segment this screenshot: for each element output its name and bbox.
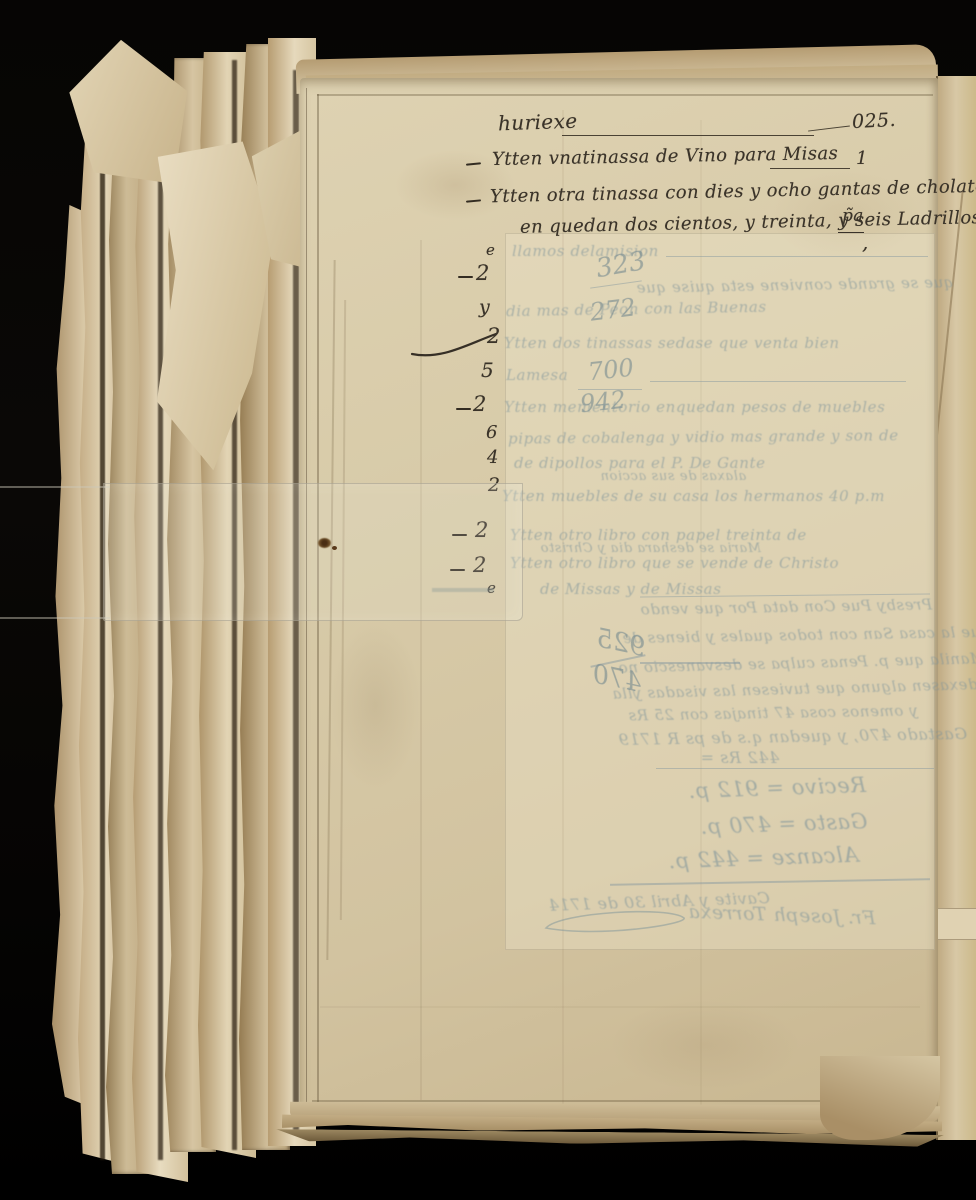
ghost-number: 272 xyxy=(588,293,637,326)
stain xyxy=(610,1000,800,1090)
ghost-line: Ytten dos tinassas sedase que venta bien xyxy=(504,334,840,352)
brown-spot xyxy=(332,546,337,550)
ghost-rule xyxy=(656,768,934,769)
ghost-rule xyxy=(640,662,740,664)
entry-abbrev: p̃a xyxy=(842,206,864,226)
margin-mark: 2 xyxy=(487,324,501,348)
entry-tail-mark: , xyxy=(862,230,869,254)
ghost-line: Ytten muebles de su casa los hermanos 40… xyxy=(502,487,885,505)
next-leaf-band xyxy=(938,908,976,940)
ghost-line: Ytten otro libro que se vende de Christo xyxy=(510,554,839,572)
margin-mark: 2 xyxy=(473,392,487,416)
ghost-line-mirrored: Maria se deshara dia y Christo xyxy=(540,541,761,556)
film-hairline xyxy=(0,486,110,488)
film-overlay xyxy=(103,483,523,621)
folio-number: 025. xyxy=(851,109,896,133)
signature-flourish xyxy=(540,900,690,940)
header-word: huriexe xyxy=(498,109,578,136)
margin-mark: 6 xyxy=(486,422,498,443)
film-hairline xyxy=(0,617,110,619)
abbrev-rule xyxy=(838,232,864,233)
manuscript-photo: huriexe 025. Ytten vnatinassa de Vino pa… xyxy=(0,0,976,1200)
entry-value: 1 xyxy=(856,148,868,169)
stain xyxy=(330,620,420,790)
header-rule xyxy=(562,135,814,136)
page-crease xyxy=(420,240,422,1100)
stack-crevice xyxy=(158,90,163,1160)
ghost-rule xyxy=(666,256,928,257)
stack-crevice xyxy=(100,120,105,1160)
ghost-line: Ytten mementorio enquedan pesos de muebl… xyxy=(504,398,885,416)
entry-rule xyxy=(770,168,850,169)
ghost-number: 700 xyxy=(587,354,635,387)
margin-mark: 2 xyxy=(476,261,490,285)
page-crease xyxy=(320,1006,920,1008)
margin-mark: 5 xyxy=(481,358,494,382)
margin-mark: e xyxy=(486,241,495,259)
margin-mark: y xyxy=(479,296,490,318)
ghost-rule xyxy=(650,381,906,382)
margin-mark: 4 xyxy=(487,447,499,468)
brown-spot xyxy=(318,538,331,548)
page-crease xyxy=(562,110,564,1110)
ghost-line: pipas de cobalenga y vidio mas grande y … xyxy=(508,426,899,447)
ghost-line-mirrored: alaxas de sus accion xyxy=(600,469,746,484)
page-frame-line xyxy=(317,94,933,96)
film-smudge xyxy=(432,588,494,592)
ghost-result-sub: 442 Rs = xyxy=(700,748,779,767)
ghost-line: Lamesa xyxy=(506,366,568,384)
